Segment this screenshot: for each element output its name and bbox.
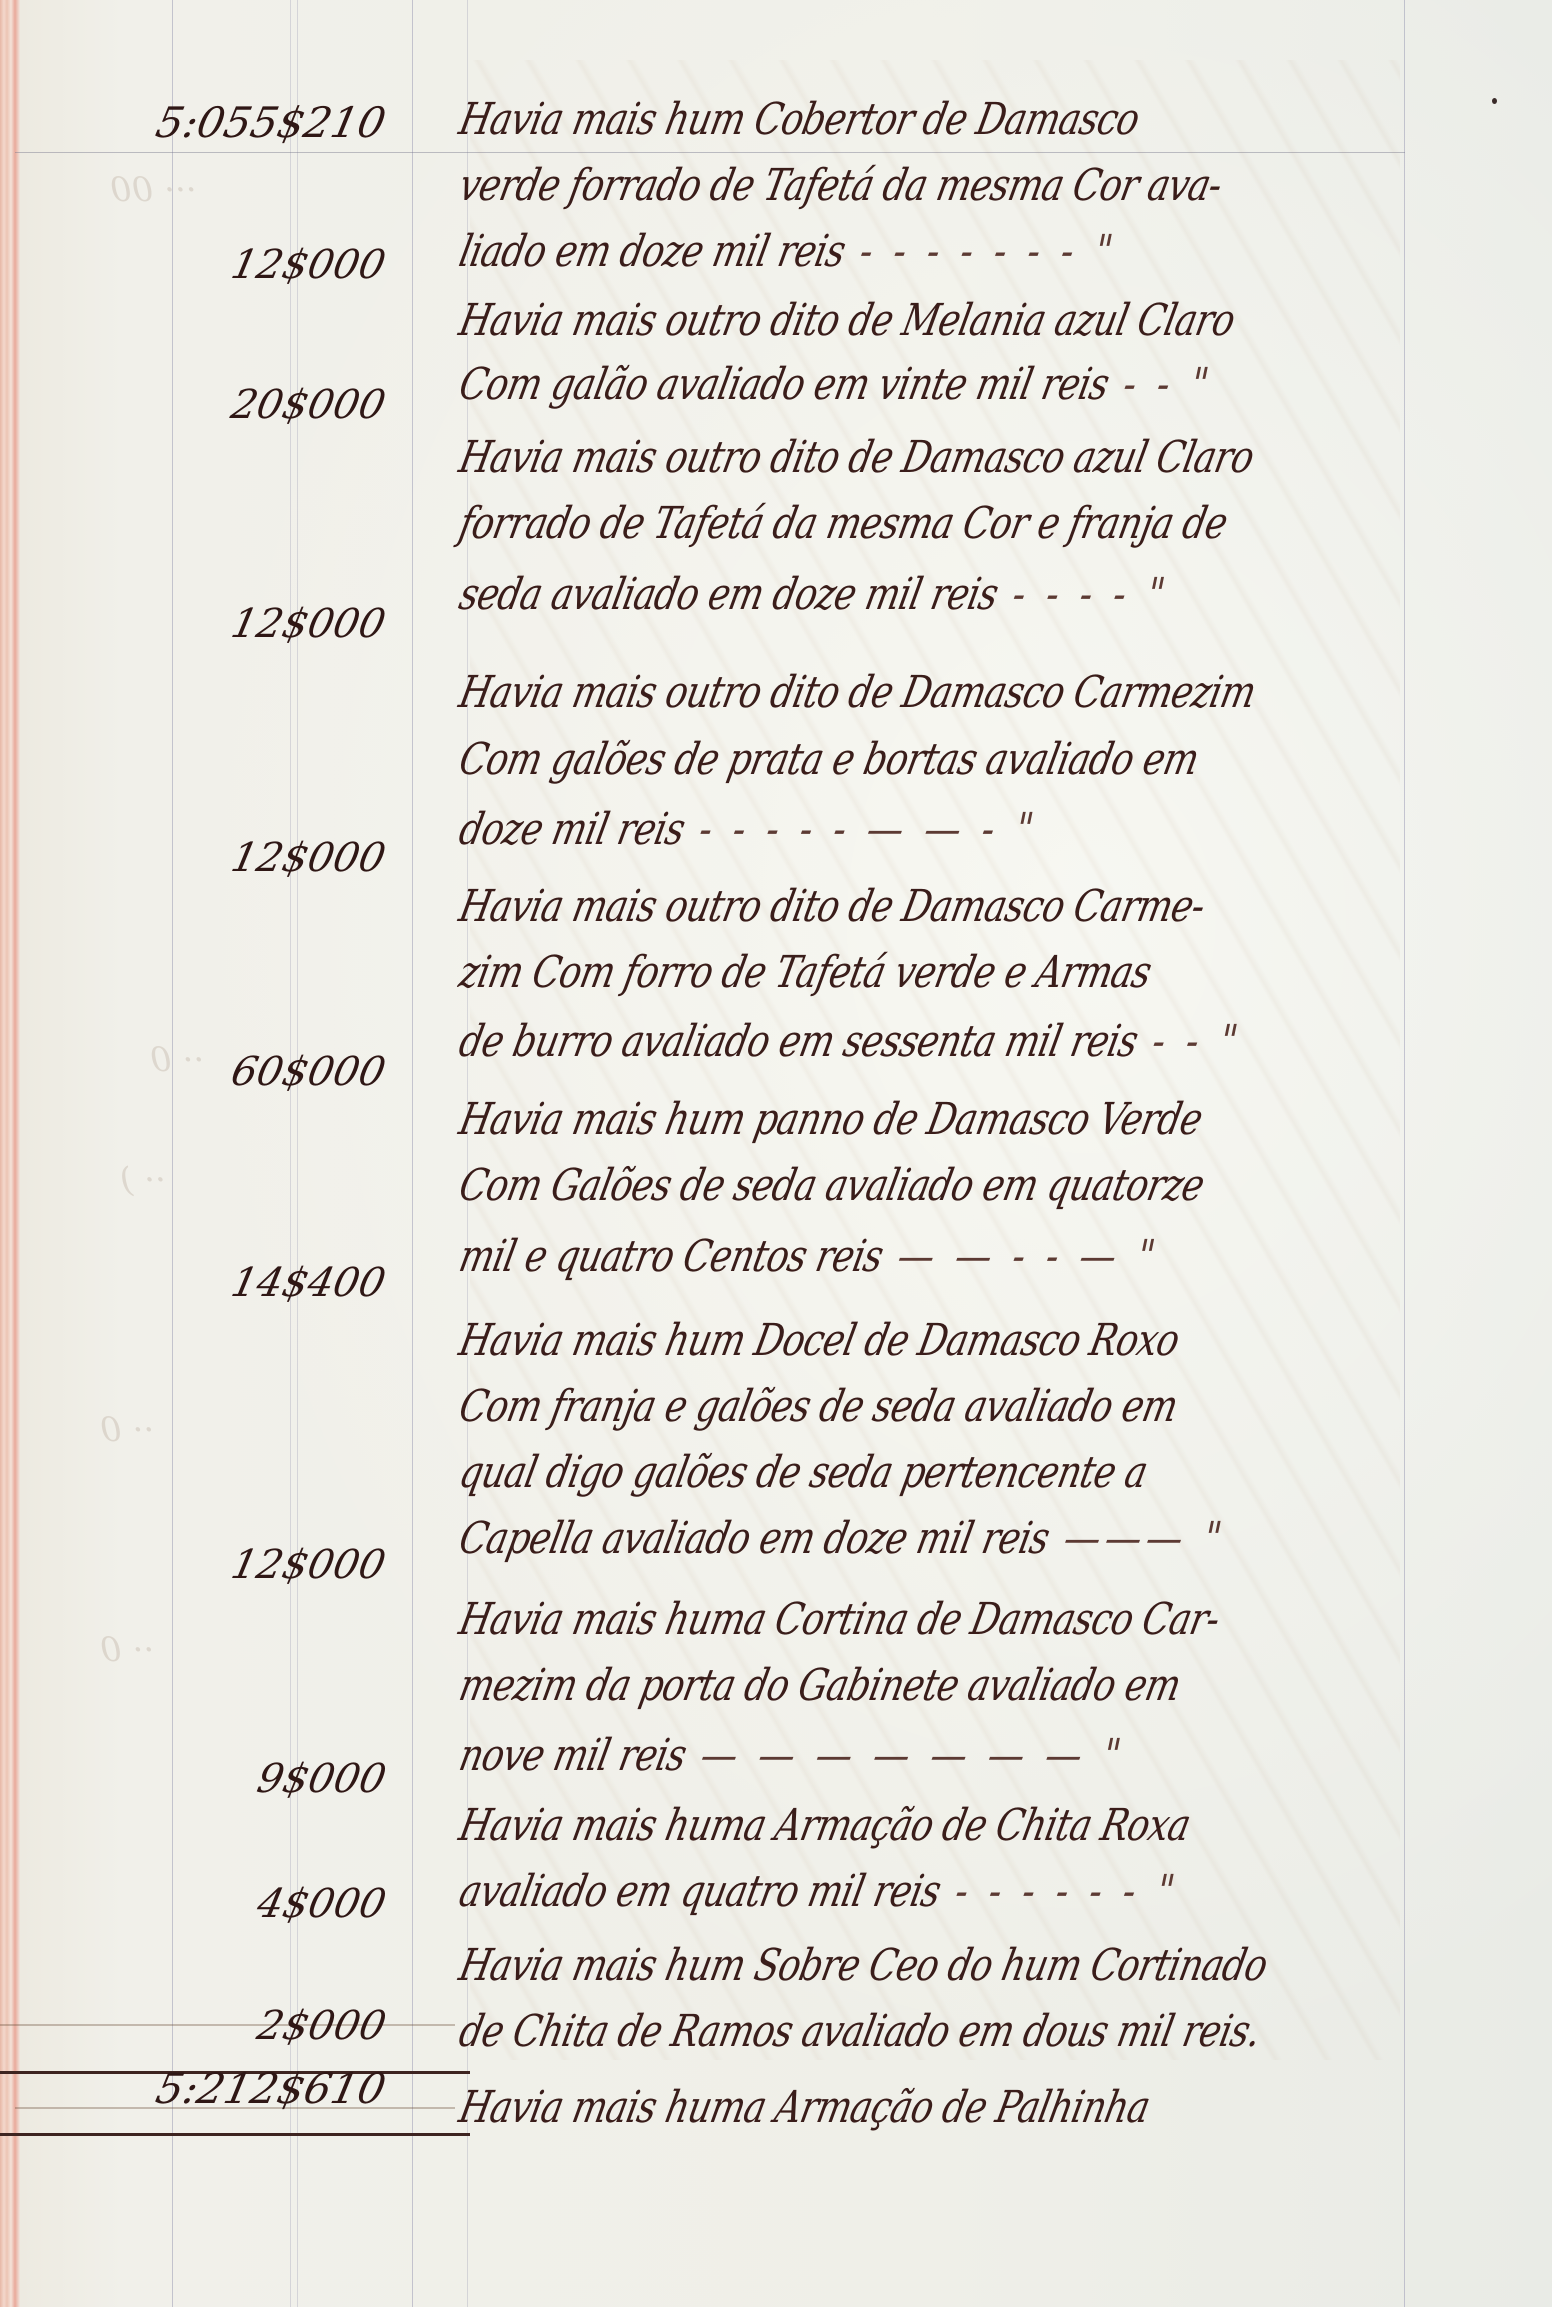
inventory-line: seda avaliado em doze mil reis - - - - " bbox=[455, 569, 1174, 620]
line-filler-dashes: - - - - - - - " bbox=[839, 226, 1122, 277]
page-total-amount: 5:212$610 bbox=[152, 2064, 390, 2113]
line-text: mezim da porta do Gabinete avaliado em bbox=[455, 1660, 1185, 1711]
inventory-line: Havia mais outro dito de Damasco Carme- bbox=[455, 881, 1209, 932]
line-filler-dashes: - - - - - - " bbox=[934, 1866, 1183, 1917]
ink-speck bbox=[1492, 98, 1497, 104]
subtotal-rule bbox=[0, 2024, 455, 2026]
inventory-line: Havia mais outro dito de Damasco Carmezi… bbox=[455, 667, 1260, 718]
line-text: Havia mais outro dito de Damasco Carme- bbox=[455, 881, 1209, 932]
item-value: 12$000 bbox=[227, 242, 389, 288]
line-text: Havia mais hum Sobre Ceo do hum Cortinad… bbox=[455, 1940, 1271, 1991]
show-through-figure: ·· 0 bbox=[100, 1630, 154, 1670]
inventory-line: Havia mais outro dito de Melania azul Cl… bbox=[455, 295, 1239, 346]
inventory-line: doze mil reis - - - - - — — - " bbox=[455, 804, 1043, 855]
item-value: 20$000 bbox=[227, 382, 389, 428]
inventory-line: Havia mais hum Cobertor de Damasco bbox=[455, 94, 1143, 145]
line-text: Havia mais hum panno de Damasco Verde bbox=[455, 1094, 1206, 1145]
line-text: zim Com forro de Tafetá verde e Armas bbox=[455, 947, 1155, 998]
inventory-line: Com Galões de seda avaliado em quatorze bbox=[455, 1160, 1208, 1211]
carried-forward-amount: 5:055$210 bbox=[152, 98, 390, 147]
inventory-line: Havia mais hum Sobre Ceo do hum Cortinad… bbox=[455, 1940, 1271, 1991]
column-rule-2a bbox=[290, 0, 291, 2307]
item-value: 12$000 bbox=[227, 601, 389, 647]
inventory-line: Capella avaliado em doze mil reis ——— " bbox=[455, 1513, 1231, 1564]
line-filler-dashes: — — — — — — — " bbox=[680, 1730, 1130, 1781]
item-value: 14$400 bbox=[227, 1260, 389, 1306]
inventory-line: avaliado em quatro mil reis - - - - - - … bbox=[455, 1866, 1184, 1917]
line-text: Capella avaliado em doze mil reis bbox=[455, 1513, 1053, 1564]
inventory-line: liado em doze mil reis - - - - - - - " bbox=[455, 226, 1122, 277]
inventory-line: zim Com forro de Tafetá verde e Armas bbox=[455, 947, 1155, 998]
line-text: de burro avaliado em sessenta mil reis bbox=[455, 1016, 1142, 1067]
inventory-line: Com galões de prata e bortas avaliado em bbox=[455, 734, 1203, 785]
line-filler-dashes: — — - - — " bbox=[877, 1231, 1164, 1282]
page-binding-edge bbox=[0, 0, 20, 2307]
line-text: Havia mais hum Cobertor de Damasco bbox=[455, 94, 1143, 145]
line-text: Havia mais hum Docel de Damasco Roxo bbox=[455, 1315, 1183, 1366]
show-through-figure: ··· 00 bbox=[110, 170, 197, 210]
line-text: Havia mais outro dito de Damasco azul Cl… bbox=[455, 432, 1258, 483]
inventory-line: Havia mais huma Armação de Palhinha bbox=[455, 2082, 1154, 2133]
item-value: 60$000 bbox=[227, 1049, 389, 1095]
line-text: liado em doze mil reis bbox=[455, 226, 849, 277]
item-value: 9$000 bbox=[253, 1756, 390, 1802]
line-text: Com Galões de seda avaliado em quatorze bbox=[455, 1160, 1208, 1211]
line-text: verde forrado de Tafetá da mesma Cor ava… bbox=[455, 160, 1226, 211]
line-text: qual digo galões de seda pertencente a bbox=[455, 1447, 1152, 1498]
line-filler-dashes: - - " bbox=[1131, 1016, 1246, 1067]
right-margin-rule bbox=[1404, 0, 1405, 2307]
inventory-line: mil e quatro Centos reis — — - - — " bbox=[455, 1231, 1164, 1282]
inventory-line: Havia mais huma Armação de Chita Roxa bbox=[455, 1800, 1194, 1851]
line-text: de Chita de Ramos avaliado em dous mil r… bbox=[455, 2006, 1265, 2057]
line-text: Havia mais huma Armação de Chita Roxa bbox=[455, 1800, 1194, 1851]
column-rule-3 bbox=[412, 0, 413, 2307]
ledger-page: ··· 00 ·· 0 ·· ) ·· 0 ·· 0 Havia mais hu… bbox=[0, 0, 1552, 2307]
line-text: Com galão avaliado em vinte mil reis bbox=[455, 359, 1113, 410]
inventory-line: nove mil reis — — — — — — — " bbox=[455, 1730, 1130, 1781]
line-text: forrado de Tafetá da mesma Cor e franja … bbox=[455, 498, 1231, 549]
inventory-line: de Chita de Ramos avaliado em dous mil r… bbox=[455, 2006, 1265, 2057]
inventory-line: qual digo galões de seda pertencente a bbox=[455, 1447, 1152, 1498]
inventory-line: Havia mais outro dito de Damasco azul Cl… bbox=[455, 432, 1258, 483]
item-value: 4$000 bbox=[253, 1881, 390, 1927]
line-text: seda avaliado em doze mil reis bbox=[455, 569, 1002, 620]
column-rule-2b bbox=[297, 0, 298, 2307]
inventory-line: verde forrado de Tafetá da mesma Cor ava… bbox=[455, 160, 1226, 211]
line-filler-dashes: ——— " bbox=[1043, 1513, 1231, 1564]
line-text: mil e quatro Centos reis bbox=[455, 1231, 887, 1282]
line-text: Havia mais huma Armação de Palhinha bbox=[455, 2082, 1154, 2133]
show-through-figure: ·· 0 bbox=[150, 1040, 204, 1080]
line-text: avaliado em quatro mil reis bbox=[455, 1866, 945, 1917]
line-text: Havia mais outro dito de Melania azul Cl… bbox=[455, 295, 1239, 346]
total-rule-bottom bbox=[0, 2133, 470, 2136]
show-through-figure: ·· ) bbox=[120, 1160, 166, 1200]
inventory-line: Havia mais hum Docel de Damasco Roxo bbox=[455, 1315, 1183, 1366]
line-text: Com franja e galões de seda avaliado em bbox=[455, 1381, 1182, 1432]
column-rule-1 bbox=[172, 0, 173, 2307]
line-text: Havia mais outro dito de Damasco Carmezi… bbox=[455, 667, 1260, 718]
line-filler-dashes: - - " bbox=[1103, 359, 1218, 410]
item-value: 12$000 bbox=[227, 835, 389, 881]
line-filler-dashes: - - - - " bbox=[992, 569, 1174, 620]
line-text: doze mil reis bbox=[455, 804, 689, 855]
item-value: 2$000 bbox=[253, 2003, 390, 2049]
line-text: Com galões de prata e bortas avaliado em bbox=[455, 734, 1203, 785]
inventory-line: Havia mais hum panno de Damasco Verde bbox=[455, 1094, 1206, 1145]
item-value: 12$000 bbox=[227, 1542, 389, 1588]
inventory-line: Com galão avaliado em vinte mil reis - -… bbox=[455, 359, 1218, 410]
line-text: Havia mais huma Cortina de Damasco Car- bbox=[455, 1594, 1224, 1645]
inventory-line: Com franja e galões de seda avaliado em bbox=[455, 1381, 1182, 1432]
inventory-line: mezim da porta do Gabinete avaliado em bbox=[455, 1660, 1185, 1711]
inventory-line: forrado de Tafetá da mesma Cor e franja … bbox=[455, 498, 1231, 549]
show-through-figure: ·· 0 bbox=[100, 1410, 154, 1450]
line-filler-dashes: - - - - - — — - " bbox=[678, 804, 1042, 855]
inventory-line: de burro avaliado em sessenta mil reis -… bbox=[455, 1016, 1247, 1067]
line-text: nove mil reis bbox=[455, 1730, 690, 1781]
carry-forward-rule bbox=[15, 152, 1405, 153]
inventory-line: Havia mais huma Cortina de Damasco Car- bbox=[455, 1594, 1224, 1645]
